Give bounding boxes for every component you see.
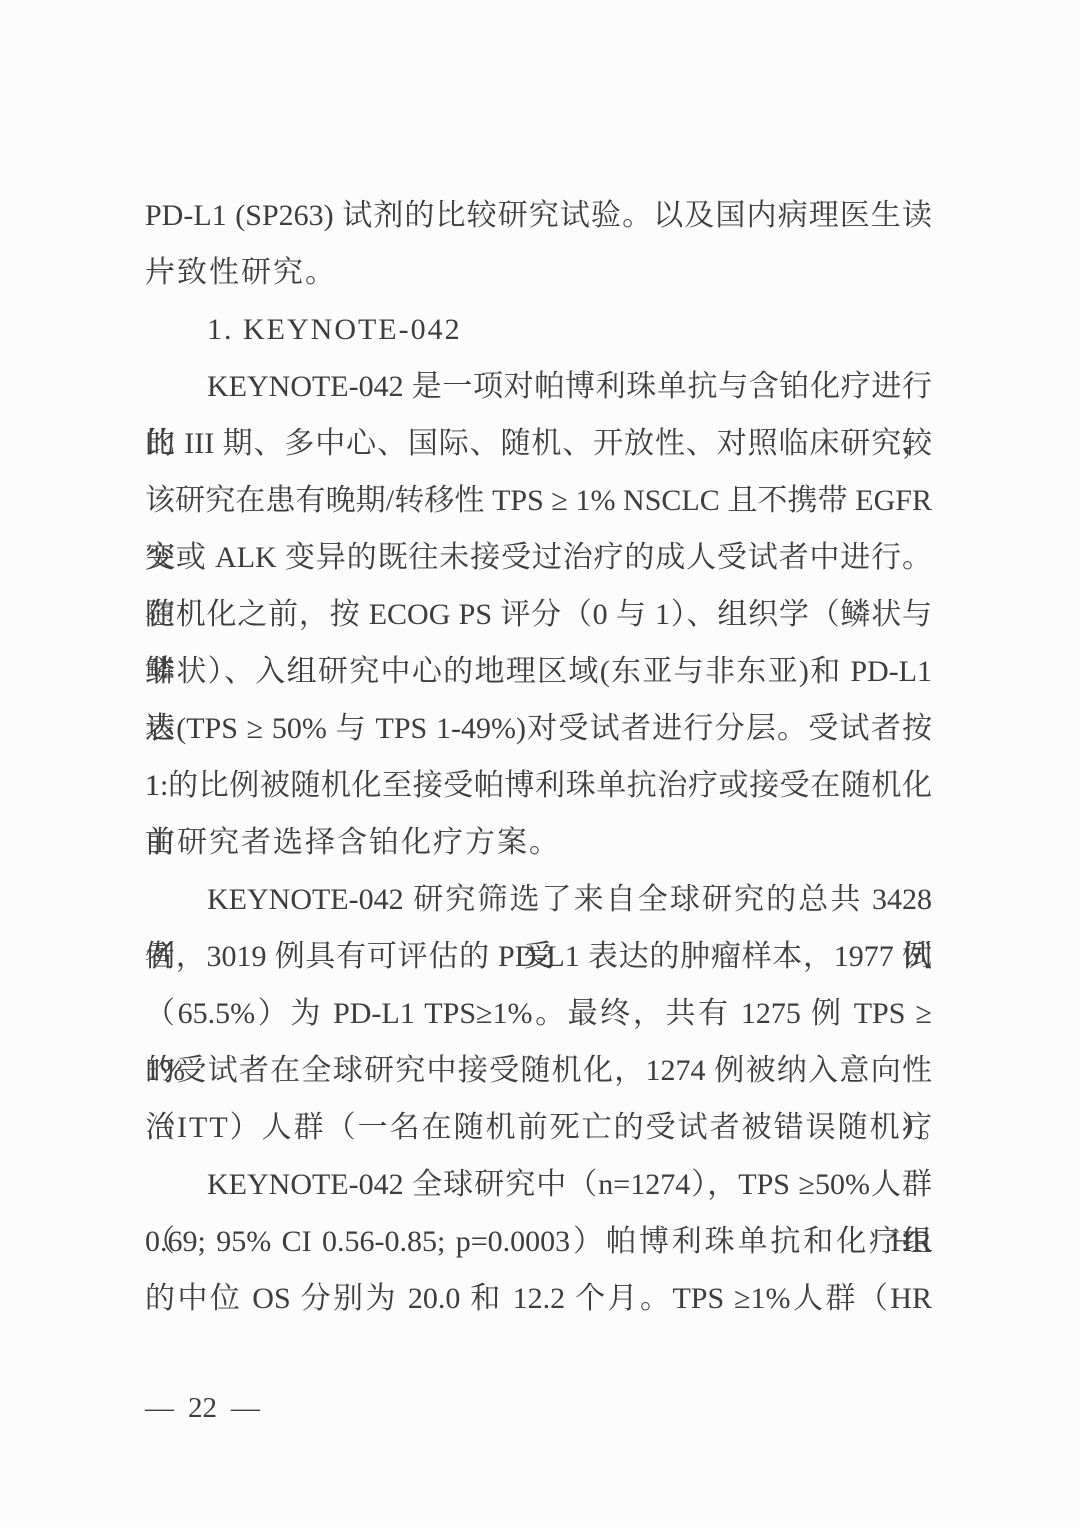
text-line: 者，3019 例具有可评估的 PD-L1 表达的肿瘤样本，1977 例 [145,928,932,985]
footer-dash-left: — [145,1390,174,1426]
text-line: 变或 ALK 变异的既往未接受过治疗的成人受试者中进行。在 [145,529,932,586]
text-line: 鳞状）、入组研究中心的地理区域(东亚与非东亚)和 PD-L1 表 [145,643,932,700]
text-line: 的 III 期、多中心、国际、随机、开放性、对照临床研究， [145,415,932,472]
text-line: PD-L1 (SP263) 试剂的比较研究试验。以及国内病理医生读片 [145,187,932,244]
text-line: KEYNOTE-042 是一项对帕博利珠单抗与含铂化疗进行比较 [145,358,932,415]
document-body: PD-L1 (SP263) 试剂的比较研究试验。以及国内病理医生读片一致性研究。… [145,187,932,1327]
text-line: （ITT）人群（一名在随机前死亡的受试者被错误随机）。 [145,1099,932,1156]
text-line: 0.69; 95% CI 0.56-0.85; p=0.0003）帕博利珠单抗和… [145,1213,932,1270]
document-page: PD-L1 (SP263) 试剂的比较研究试验。以及国内病理医生读片一致性研究。… [0,0,1080,1527]
text-line: KEYNOTE-042 全球研究中（n=1274），TPS ≥50%人群（HR [145,1156,932,1213]
text-line: 的中位 OS 分别为 20.0 和 12.2 个月。TPS ≥1%人群（HR [145,1270,932,1327]
page-number: 22 [188,1390,217,1426]
text-line: 的受试者在全球研究中接受随机化，1274 例被纳入意向性治疗 [145,1042,932,1099]
text-line: 1. KEYNOTE-042 [145,301,932,358]
text-line: 一致性研究。 [145,244,932,301]
text-line: 随机化之前，按 ECOG PS 评分（0 与 1）、组织学（鳞状与非 [145,586,932,643]
text-line: KEYNOTE-042 研究筛选了来自全球研究的总共 3428 例受试 [145,871,932,928]
footer-dash-right: — [231,1390,260,1426]
text-line: 1 的比例被随机化至接受帕博利珠单抗治疗或接受在随机化前 [145,757,932,814]
text-line: 达(TPS ≥ 50% 与 TPS 1-49%)对受试者进行分层。受试者按 1: [145,700,932,757]
text-line: 该研究在患有晚期/转移性 TPS ≥ 1% NSCLC 且不携带 EGFR 突 [145,472,932,529]
text-line: （65.5%）为 PD-L1 TPS≥1%。最终，共有 1275 例 TPS ≥… [145,985,932,1042]
page-footer: — 22 — [145,1390,260,1426]
text-line: 由研究者选择含铂化疗方案。 [145,814,932,871]
